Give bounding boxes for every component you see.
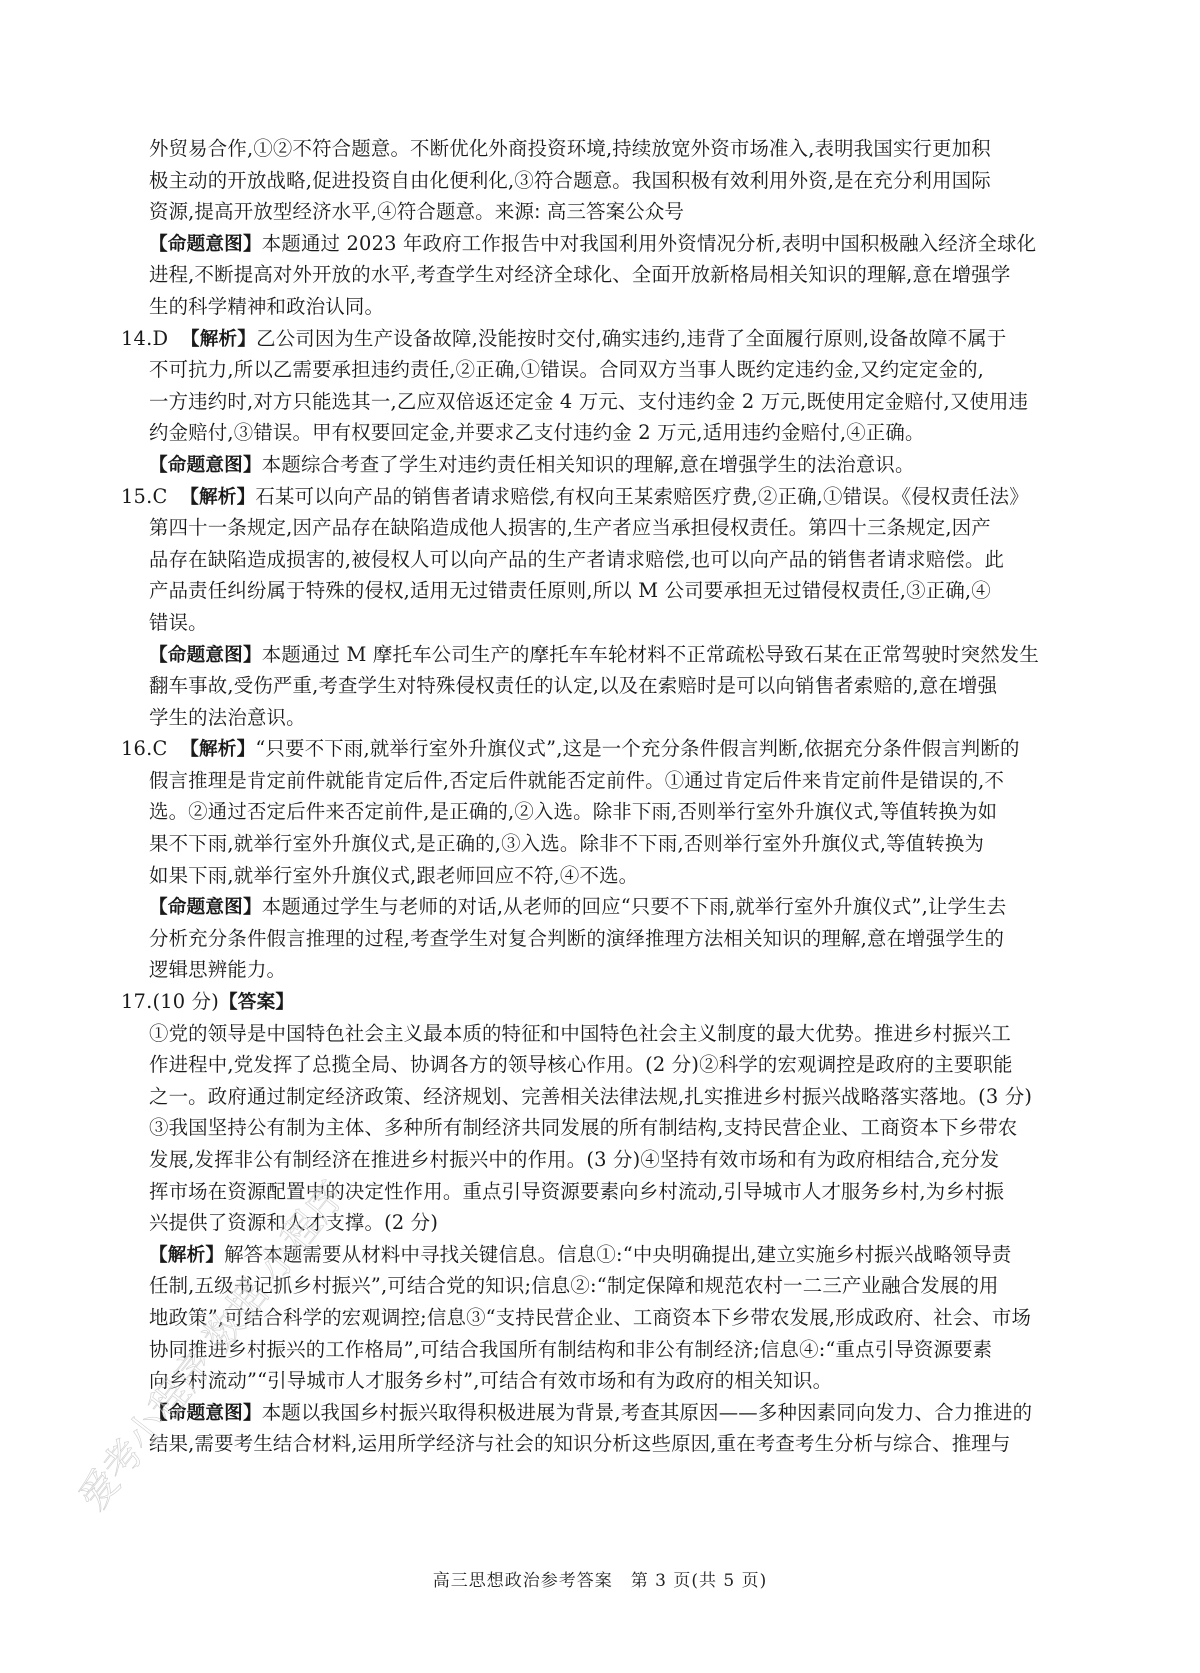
text-line: 14.D 【解析】乙公司因为生产设备故障,没能按时交付,确实违约,违背了全面履行… (121, 323, 1094, 355)
text-span: 本题通过 2023 年政府工作报告中对我国利用外资情况分析,表明中国积极融入经济… (262, 232, 1037, 255)
answer-key-body: 外贸易合作,①②不符合题意。不断优化外商投资环境,持续放宽外资市场准入,表明我国… (149, 133, 1094, 1460)
text-line: 17.(10 分)【答案】 (121, 986, 1094, 1018)
text-span: 解答本题需要从材料中寻找关键信息。信息①:“中央明确提出,建立实施乡村振兴战略领… (224, 1243, 1011, 1266)
text-line: 极主动的开放战略,促进投资自由化便利化,③符合题意。我国积极有效利用外资,是在充… (149, 165, 1094, 197)
text-line: 分析充分条件假言推理的过程,考查学生对复合判断的演绎推理方法相关知识的理解,意在… (149, 923, 1094, 955)
text-line: 【命题意图】本题以我国乡村振兴取得积极进展为背景,考查其原因——多种因素同向发力… (149, 1397, 1094, 1429)
text-line: 地政策”,可结合科学的宏观调控;信息③“支持民营企业、工商资本下乡带农发展,形成… (149, 1302, 1094, 1334)
intent-tag: 【命题意图】 (149, 645, 262, 666)
text-span: 本题通过 M 摩托车公司生产的摩托车车轮材料不正常疏松导致石某在正常驾驶时突然发… (262, 643, 1039, 666)
text-line: 16.C 【解析】“只要不下雨,就举行室外升旗仪式”,这是一个充分条件假言判断,… (121, 733, 1094, 765)
text-line: 学生的法治意识。 (149, 702, 1094, 734)
text-line: 进程,不断提高对外开放的水平,考查学生对经济全球化、全面开放新格局相关知识的理解… (149, 259, 1094, 291)
analysis-tag: 【解析】 (180, 487, 255, 508)
text-line: 【命题意图】本题通过 2023 年政府工作报告中对我国利用外资情况分析,表明中国… (149, 228, 1094, 260)
text-line: 果不下雨,就举行室外升旗仪式,是正确的,③入选。除非不下雨,否则举行室外升旗仪式… (149, 828, 1094, 860)
text-span: 本题通过学生与老师的对话,从老师的回应“只要不下雨,就举行室外升旗仪式”,让学生… (262, 895, 1007, 918)
text-line: 外贸易合作,①②不符合题意。不断优化外商投资环境,持续放宽外资市场准入,表明我国… (149, 133, 1094, 165)
question-13-intent: 【命题意图】本题通过 2023 年政府工作报告中对我国利用外资情况分析,表明中国… (149, 228, 1094, 323)
text-line: 【解析】解答本题需要从材料中寻找关键信息。信息①:“中央明确提出,建立实施乡村振… (149, 1239, 1094, 1271)
text-line: 假言推理是肯定前件就能肯定后件,否定后件就能否定前件。①通过肯定后件来肯定前件是… (149, 765, 1094, 797)
question-13-analysis: 外贸易合作,①②不符合题意。不断优化外商投资环境,持续放宽外资市场准入,表明我国… (149, 133, 1094, 228)
analysis-tag: 【解析】 (149, 1245, 224, 1266)
text-line: 作进程中,党发挥了总揽全局、协调各方的领导核心作用。(2 分)②科学的宏观调控是… (149, 1049, 1094, 1081)
text-line: 选。②通过否定后件来否定前件,是正确的,②入选。除非下雨,否则举行室外升旗仪式,… (149, 796, 1094, 828)
text-line: 逻辑思辨能力。 (149, 954, 1094, 986)
question-16: 16.C 【解析】“只要不下雨,就举行室外升旗仪式”,这是一个充分条件假言判断,… (149, 733, 1094, 986)
text-span: 石某可以向产品的销售者请求赔偿,有权向王某索赔医疗费,②正确,①错误。《侵权责任… (255, 485, 1028, 508)
text-span: 本题以我国乡村振兴取得积极进展为背景,考查其原因——多种因素同向发力、合力推进的 (262, 1401, 1032, 1424)
text-line: 资源,提高开放型经济水平,④符合题意。来源: 高三答案公众号 (149, 196, 1094, 228)
text-line: ①党的领导是中国特色社会主义最本质的特征和中国特色社会主义制度的最大优势。推进乡… (149, 1018, 1094, 1050)
text-line: 向乡村流动”“引导城市人才服务乡村”,可结合有效市场和有为政府的相关知识。 (149, 1365, 1094, 1397)
intent-tag: 【命题意图】 (149, 897, 262, 918)
text-line: 发展,发挥非公有制经济在推进乡村振兴中的作用。(3 分)④坚持有效市场和有为政府… (149, 1144, 1094, 1176)
text-line: 任制,五级书记抓乡村振兴”,可结合党的知识;信息②:“制定保障和规范农村一二三产… (149, 1270, 1094, 1302)
intent-tag: 【命题意图】 (149, 234, 262, 255)
text-line: 【命题意图】本题通过学生与老师的对话,从老师的回应“只要不下雨,就举行室外升旗仪… (149, 891, 1094, 923)
text-line: 品存在缺陷造成损害的,被侵权人可以向产品的生产者请求赔偿,也可以向产品的销售者请… (149, 544, 1094, 576)
text-line: 【命题意图】本题通过 M 摩托车公司生产的摩托车车轮材料不正常疏松导致石某在正常… (149, 639, 1094, 671)
question-number: 16.C (121, 737, 167, 760)
text-line: 一方违约时,对方只能选其一,乙应双倍返还定金 4 万元、支付违约金 2 万元,既… (149, 386, 1094, 418)
text-line: 错误。 (149, 607, 1094, 639)
text-line: ③我国坚持公有制为主体、多种所有制经济共同发展的所有制结构,支持民营企业、工商资… (149, 1112, 1094, 1144)
question-17: 17.(10 分)【答案】 ①党的领导是中国特色社会主义最本质的特征和中国特色社… (149, 986, 1094, 1460)
question-number: 17.(10 分) (121, 990, 219, 1013)
question-number: 14.D (121, 327, 168, 350)
intent-tag: 【命题意图】 (149, 1403, 262, 1424)
text-line: 之一。政府通过制定经济政策、经济规划、完善相关法律法规,扎实推进乡村振兴战略落实… (149, 1081, 1094, 1113)
intent-tag: 【命题意图】 (149, 455, 262, 476)
text-span: 本题综合考查了学生对违约责任相关知识的理解,意在增强学生的法治意识。 (262, 453, 915, 476)
text-line: 结果,需要考生结合材料,运用所学经济与社会的知识分析这些原因,重在考查考生分析与… (149, 1428, 1094, 1460)
source-note: 来源: 高三答案公众号 (495, 200, 684, 223)
analysis-tag: 【解析】 (180, 739, 255, 760)
page-footer: 高三思想政治参考答案 第 3 页(共 5 页) (0, 1566, 1200, 1591)
text-line: 不可抗力,所以乙需要承担违约责任,②正确,①错误。合同双方当事人既约定违约金,又… (149, 354, 1094, 386)
text-line: 第四十一条规定,因产品存在缺陷造成他人损害的,生产者应当承担侵权责任。第四十三条… (149, 512, 1094, 544)
text-line: 兴提供了资源和人才支撑。(2 分) (149, 1207, 1094, 1239)
text-span: 乙公司因为生产设备故障,没能按时交付,确实违约,违背了全面履行原则,设备故障不属… (256, 327, 1006, 350)
text-line: 15.C 【解析】石某可以向产品的销售者请求赔偿,有权向王某索赔医疗费,②正确,… (121, 481, 1094, 513)
answer-tag: 【答案】 (219, 992, 294, 1013)
text-line: 挥市场在资源配置中的决定性作用。重点引导资源要素向乡村流动,引导城市人才服务乡村… (149, 1176, 1094, 1208)
question-number: 15.C (121, 485, 167, 508)
text-line: 产品责任纠纷属于特殊的侵权,适用无过错责任原则,所以 M 公司要承担无过错侵权责… (149, 575, 1094, 607)
text-line: 生的科学精神和政治认同。 (149, 291, 1094, 323)
text-line: 【命题意图】本题综合考查了学生对违约责任相关知识的理解,意在增强学生的法治意识。 (149, 449, 1094, 481)
text-line: 翻车事故,受伤严重,考查学生对特殊侵权责任的认定,以及在索赔时是可以向销售者索赔… (149, 670, 1094, 702)
text-span: “只要不下雨,就举行室外升旗仪式”,这是一个充分条件假言判断,依据充分条件假言判… (255, 737, 1019, 760)
document-page: 外贸易合作,①②不符合题意。不断优化外商投资环境,持续放宽外资市场准入,表明我国… (0, 0, 1200, 1673)
text-line: 约金赔付,③错误。甲有权要回定金,并要求乙支付违约金 2 万元,适用违约金赔付,… (149, 417, 1094, 449)
text-line: 如果下雨,就举行室外升旗仪式,跟老师回应不符,④不选。 (149, 860, 1094, 892)
text-span: 资源,提高开放型经济水平,④符合题意。 (149, 200, 495, 223)
text-line: 协同推进乡村振兴的工作格局”,可结合我国所有制结构和非公有制经济;信息④:“重点… (149, 1334, 1094, 1366)
analysis-tag: 【解析】 (181, 329, 256, 350)
question-14: 14.D 【解析】乙公司因为生产设备故障,没能按时交付,确实违约,违背了全面履行… (149, 323, 1094, 481)
question-15: 15.C 【解析】石某可以向产品的销售者请求赔偿,有权向王某索赔医疗费,②正确,… (149, 481, 1094, 734)
